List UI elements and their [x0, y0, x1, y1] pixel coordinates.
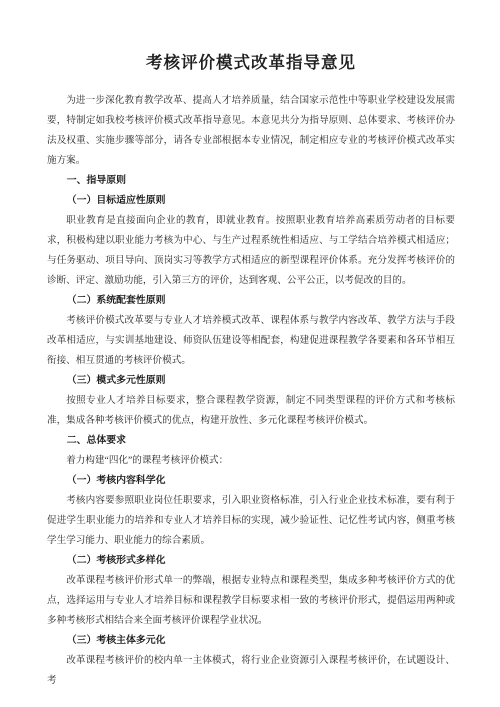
- paragraph: 改革课程考核评价形式单一的弊端，根据专业特点和课程类型，集成多种考核评价方式的优…: [47, 571, 455, 631]
- subsection-heading: （一）目标适应性原则: [47, 191, 455, 211]
- paragraph: 考核评价模式改革要与专业人才培养模式改革、课程体系与教学内容改革、教学方法与手段…: [47, 311, 455, 371]
- document-body: 为进一步深化教育教学改革、提高人才培养质量，结合国家示范性中等职业学校建设发展需…: [47, 91, 455, 691]
- section-heading: 二、总体要求: [47, 431, 455, 451]
- subsection-heading: （一）考核内容科学化: [47, 471, 455, 491]
- paragraph: 为进一步深化教育教学改革、提高人才培养质量，结合国家示范性中等职业学校建设发展需…: [47, 91, 455, 171]
- section-heading: 一、指导原则: [47, 171, 455, 191]
- subsection-heading: （三）模式多元性原则: [47, 371, 455, 391]
- subsection-heading: （二）考核形式多样化: [47, 551, 455, 571]
- subsection-heading: （二）系统配套性原则: [47, 291, 455, 311]
- paragraph: 按照专业人才培养目标要求，整合课程教学资源，制定不同类型课程的评价方式和考核标准…: [47, 391, 455, 431]
- paragraph: 职业教育是直接面向企业的教育，即就业教育。按照职业教育培养高素质劳动者的目标要求…: [47, 211, 455, 291]
- paragraph: 考核内容要参照职业岗位任职要求，引入职业资格标准，引入行业企业技术标准，要有利于…: [47, 491, 455, 551]
- document-title: 考核评价模式改革指导意见: [47, 50, 455, 76]
- paragraph: 改革课程考核评价的校内单一主体模式，将行业企业资源引入课程考核评价，在试题设计、…: [47, 651, 455, 691]
- document-page: 考核评价模式改革指导意见 为进一步深化教育教学改革、提高人才培养质量，结合国家示…: [0, 0, 500, 707]
- paragraph: 着力构建“四化”的课程考核评价模式：: [47, 451, 455, 471]
- subsection-heading: （三）考核主体多元化: [47, 631, 455, 651]
